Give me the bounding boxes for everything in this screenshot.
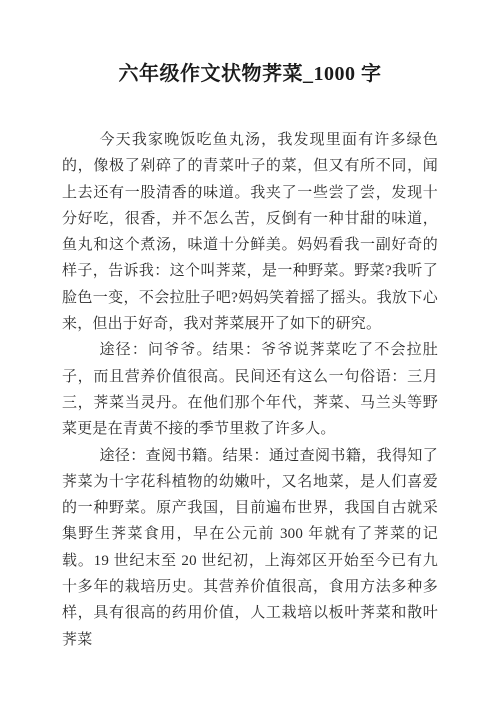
paragraph: 今天我家晚饭吃鱼丸汤，我发现里面有许多绿色的，像极了剁碎了的青菜叶子的菜，但又有… [62,127,438,337]
paragraph: 途径：查阅书籍。结果：通过查阅书籍，我得知了荠菜为十字花科植物的幼嫩叶，又名地菜… [62,443,438,653]
document-body: 今天我家晚饭吃鱼丸汤，我发现里面有许多绿色的，像极了剁碎了的青菜叶子的菜，但又有… [0,127,500,653]
paragraph: 途径：问爷爷。结果：爷爷说荠菜吃了不会拉肚子，而且营养价值很高。民间还有这么一句… [62,337,438,442]
document-title: 六年级作文状物荠菜_1000 字 [0,0,500,88]
document-page: 六年级作文状物荠菜_1000 字 今天我家晚饭吃鱼丸汤，我发现里面有许多绿色的，… [0,0,500,708]
